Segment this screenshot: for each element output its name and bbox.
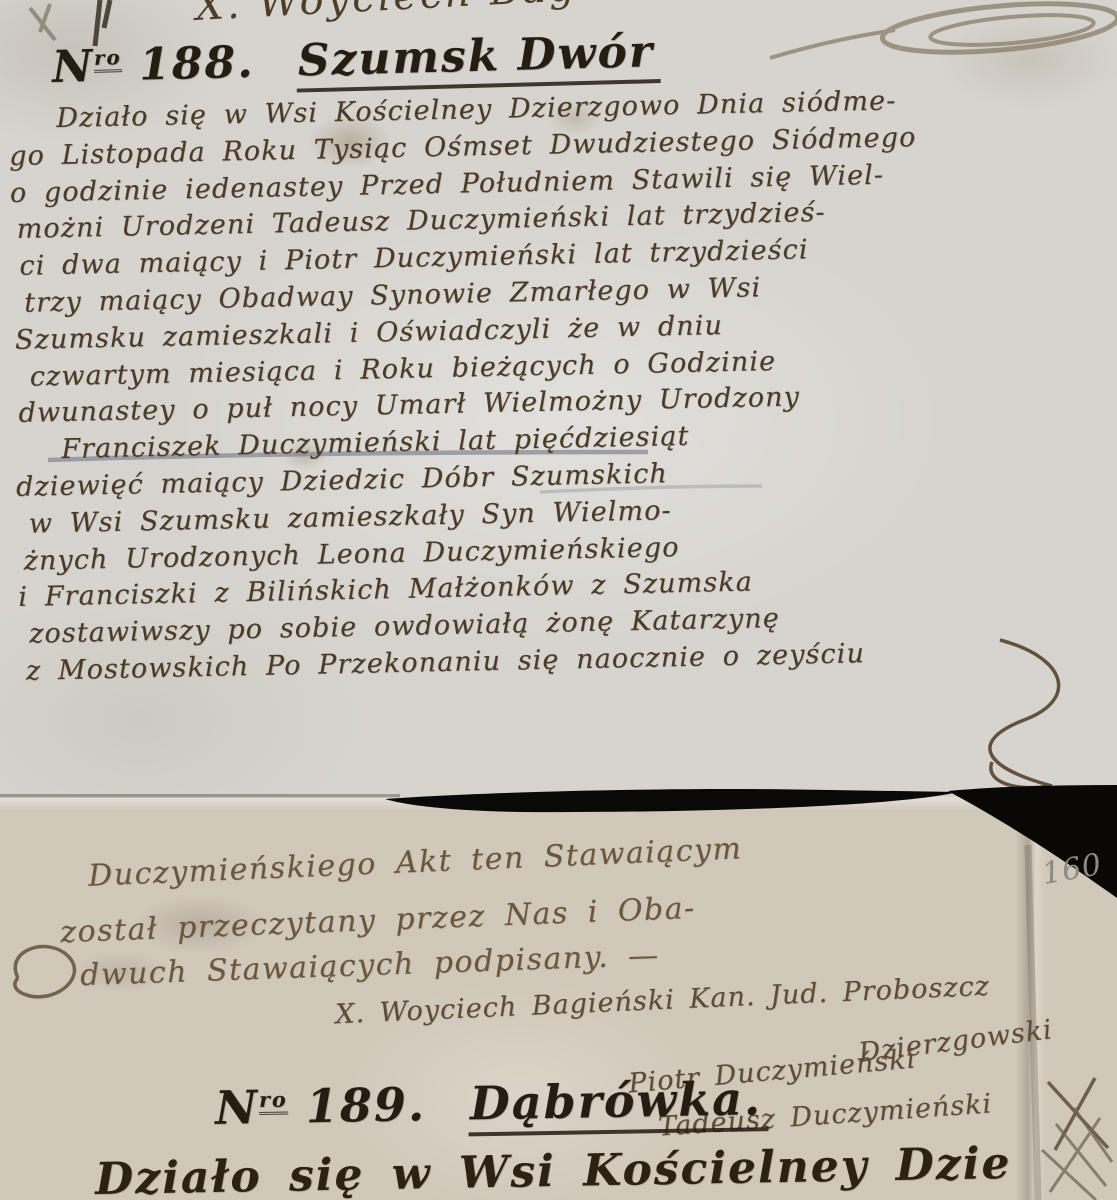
pencil-mark-top-left — [30, 4, 55, 40]
register-scan-page: X. Woyciech Bag Nro 188. Szumsk Dwór Dzi… — [0, 0, 1117, 1200]
ink-stroke-top-left — [95, 0, 110, 46]
record-188-number: Nro 188. — [51, 37, 255, 93]
record-189-number-n: N — [215, 1080, 260, 1135]
pencil-crosshatch-bottom-right — [1042, 1108, 1112, 1200]
page-gap-black-band — [385, 789, 958, 812]
record-188-number-n: N — [51, 41, 95, 93]
record-189-number-value: 189. — [305, 1077, 426, 1133]
ink-paraph-closing-line — [15, 947, 75, 997]
record-188-body: Działo się w Wsi Kościelney Dzierzgowo D… — [8, 79, 1108, 690]
record-189-number: Nro 189. — [215, 1077, 427, 1135]
pencil-scribble-top-right — [770, 0, 1117, 60]
page-edge-shadow-left — [0, 794, 400, 798]
record-188-number-value: 188. — [139, 37, 255, 91]
record-188-number-sup: ro — [94, 45, 122, 73]
record-189-place: Dąbrówka. — [467, 1071, 768, 1136]
record-188-place: Szumsk Dwór — [295, 26, 661, 93]
record-189-heading: Nro 189. Dąbrówka. — [215, 1071, 769, 1135]
record-189-number-sup: ro — [259, 1087, 288, 1114]
